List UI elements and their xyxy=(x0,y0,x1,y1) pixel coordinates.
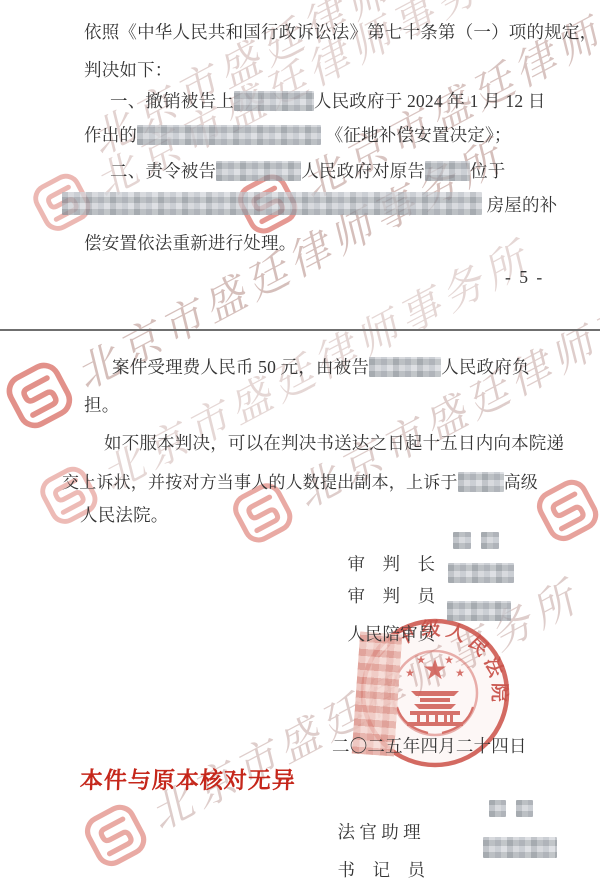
redacted-name-assistant xyxy=(489,800,533,817)
redacted-block xyxy=(216,161,301,181)
redacted-block xyxy=(453,532,471,549)
redacted-name-judge xyxy=(448,563,514,583)
fee-suffix: 人民政府负 xyxy=(441,357,530,377)
verification-stamp-text: 本件与原本核对无异 xyxy=(79,768,296,793)
redacted-block xyxy=(137,125,321,145)
item2-suffix: 位于 xyxy=(470,161,505,181)
body-line-item2: 二、责令被告人民政府对原告位于 xyxy=(110,158,506,183)
body-line-appeal3: 人民法院。 xyxy=(80,502,169,527)
body-line-appeal2: 交上诉状，并按对方当事人的人数提出副本，上诉于高级 xyxy=(62,468,538,493)
intro2-text: 判决如下： xyxy=(84,60,173,80)
body-line-intro: 依照《中华人民共和国行政诉讼法》第七十条第（一）项的规定， xyxy=(84,19,597,44)
judgment-date: 二〇二五年四月二十四日 xyxy=(332,736,527,756)
redacted-block xyxy=(447,601,511,621)
item2-l3: 偿安置依法重新进行处理。 xyxy=(84,233,296,253)
fee-prefix: 案件受理费人民币 50 元，由被告 xyxy=(112,357,369,377)
body-line-item2b: 房屋的补 xyxy=(62,192,557,217)
redacted-name-clerk xyxy=(483,837,557,858)
item1-prefix: 一、撤销被告上 xyxy=(110,91,234,111)
redacted-block xyxy=(483,837,557,858)
redacted-name-assessor xyxy=(447,601,511,621)
watermark-unit: 北京市盛廷律师事务所 xyxy=(224,242,600,552)
page-divider-line xyxy=(0,329,600,331)
shengting-logo-icon xyxy=(0,354,81,438)
body-line-item1: 一、撤销被告上人民政府于 2024 年 1 月 12 日 xyxy=(110,88,546,113)
redacted-block xyxy=(425,161,470,181)
verification-stamp: 本件与原本核对无异 xyxy=(79,762,296,795)
redacted-block xyxy=(481,532,499,549)
page-number-text: - 5 - xyxy=(505,267,544,287)
watermark-unit xyxy=(528,471,600,549)
body-line-item1b: 作出的 《征地补偿安置决定》； xyxy=(84,122,512,147)
role-label-clerk: 书 记 员 xyxy=(320,836,425,896)
appeal-l2-prefix: 交上诉状，并按对方当事人的人数提出副本，上诉于 xyxy=(62,473,458,492)
body-line-fee: 案件受理费人民币 50 元，由被告人民政府负 xyxy=(112,354,530,379)
body-line-intro2: 判决如下： xyxy=(84,57,173,82)
item1-suffix: 人民政府于 2024 年 1 月 12 日 xyxy=(314,91,546,111)
redacted-block xyxy=(489,800,506,817)
appeal-l1: 如不服本判决，可以在判决书送达之日起十五日内向本院递 xyxy=(104,433,564,453)
body-line-fee2: 担。 xyxy=(84,392,119,417)
clerk-label: 书 记 员 xyxy=(338,860,426,880)
assessor-label: 人民陪审员 xyxy=(348,624,436,644)
redacted-block xyxy=(448,563,514,583)
appeal-l3: 人民法院。 xyxy=(80,505,169,525)
redacted-block xyxy=(458,472,504,492)
redacted-block xyxy=(62,192,482,215)
shengting-logo-icon xyxy=(528,471,600,549)
body-line-appeal1: 如不服本判决，可以在判决书送达之日起十五日内向本院递 xyxy=(104,430,564,455)
body-line-item2c: 偿安置依法重新进行处理。 xyxy=(84,230,296,255)
redacted-block xyxy=(234,91,314,111)
item2-mid: 人民政府对原告 xyxy=(301,161,425,181)
intro-text: 依照《中华人民共和国行政诉讼法》第七十条第（一）项的规定， xyxy=(84,22,597,42)
date-line: 二〇二五年四月二十四日 xyxy=(332,733,527,758)
page-number: - 5 - xyxy=(505,267,544,288)
redacted-block xyxy=(369,357,441,377)
redacted-block xyxy=(516,800,533,817)
scanned-judgment-page: 北京市盛廷律师事务所 北京市盛廷律师事务所 北京市盛廷律师事务所 北京市盛廷律师… xyxy=(0,0,600,896)
item2-l2-suffix: 房屋的补 xyxy=(487,195,558,215)
fee-l2: 担。 xyxy=(84,395,119,415)
item1-l2-suffix: 《征地补偿安置决定》； xyxy=(326,125,512,145)
appeal-l2-suffix: 高级 xyxy=(504,473,538,492)
role-label-assessor: 人民陪审员 xyxy=(330,600,435,667)
item1-l2-prefix: 作出的 xyxy=(84,125,137,145)
redacted-name-presiding-judge xyxy=(453,532,499,549)
shengting-logo-icon xyxy=(76,796,154,874)
item2-prefix: 二、责令被告 xyxy=(110,161,216,181)
